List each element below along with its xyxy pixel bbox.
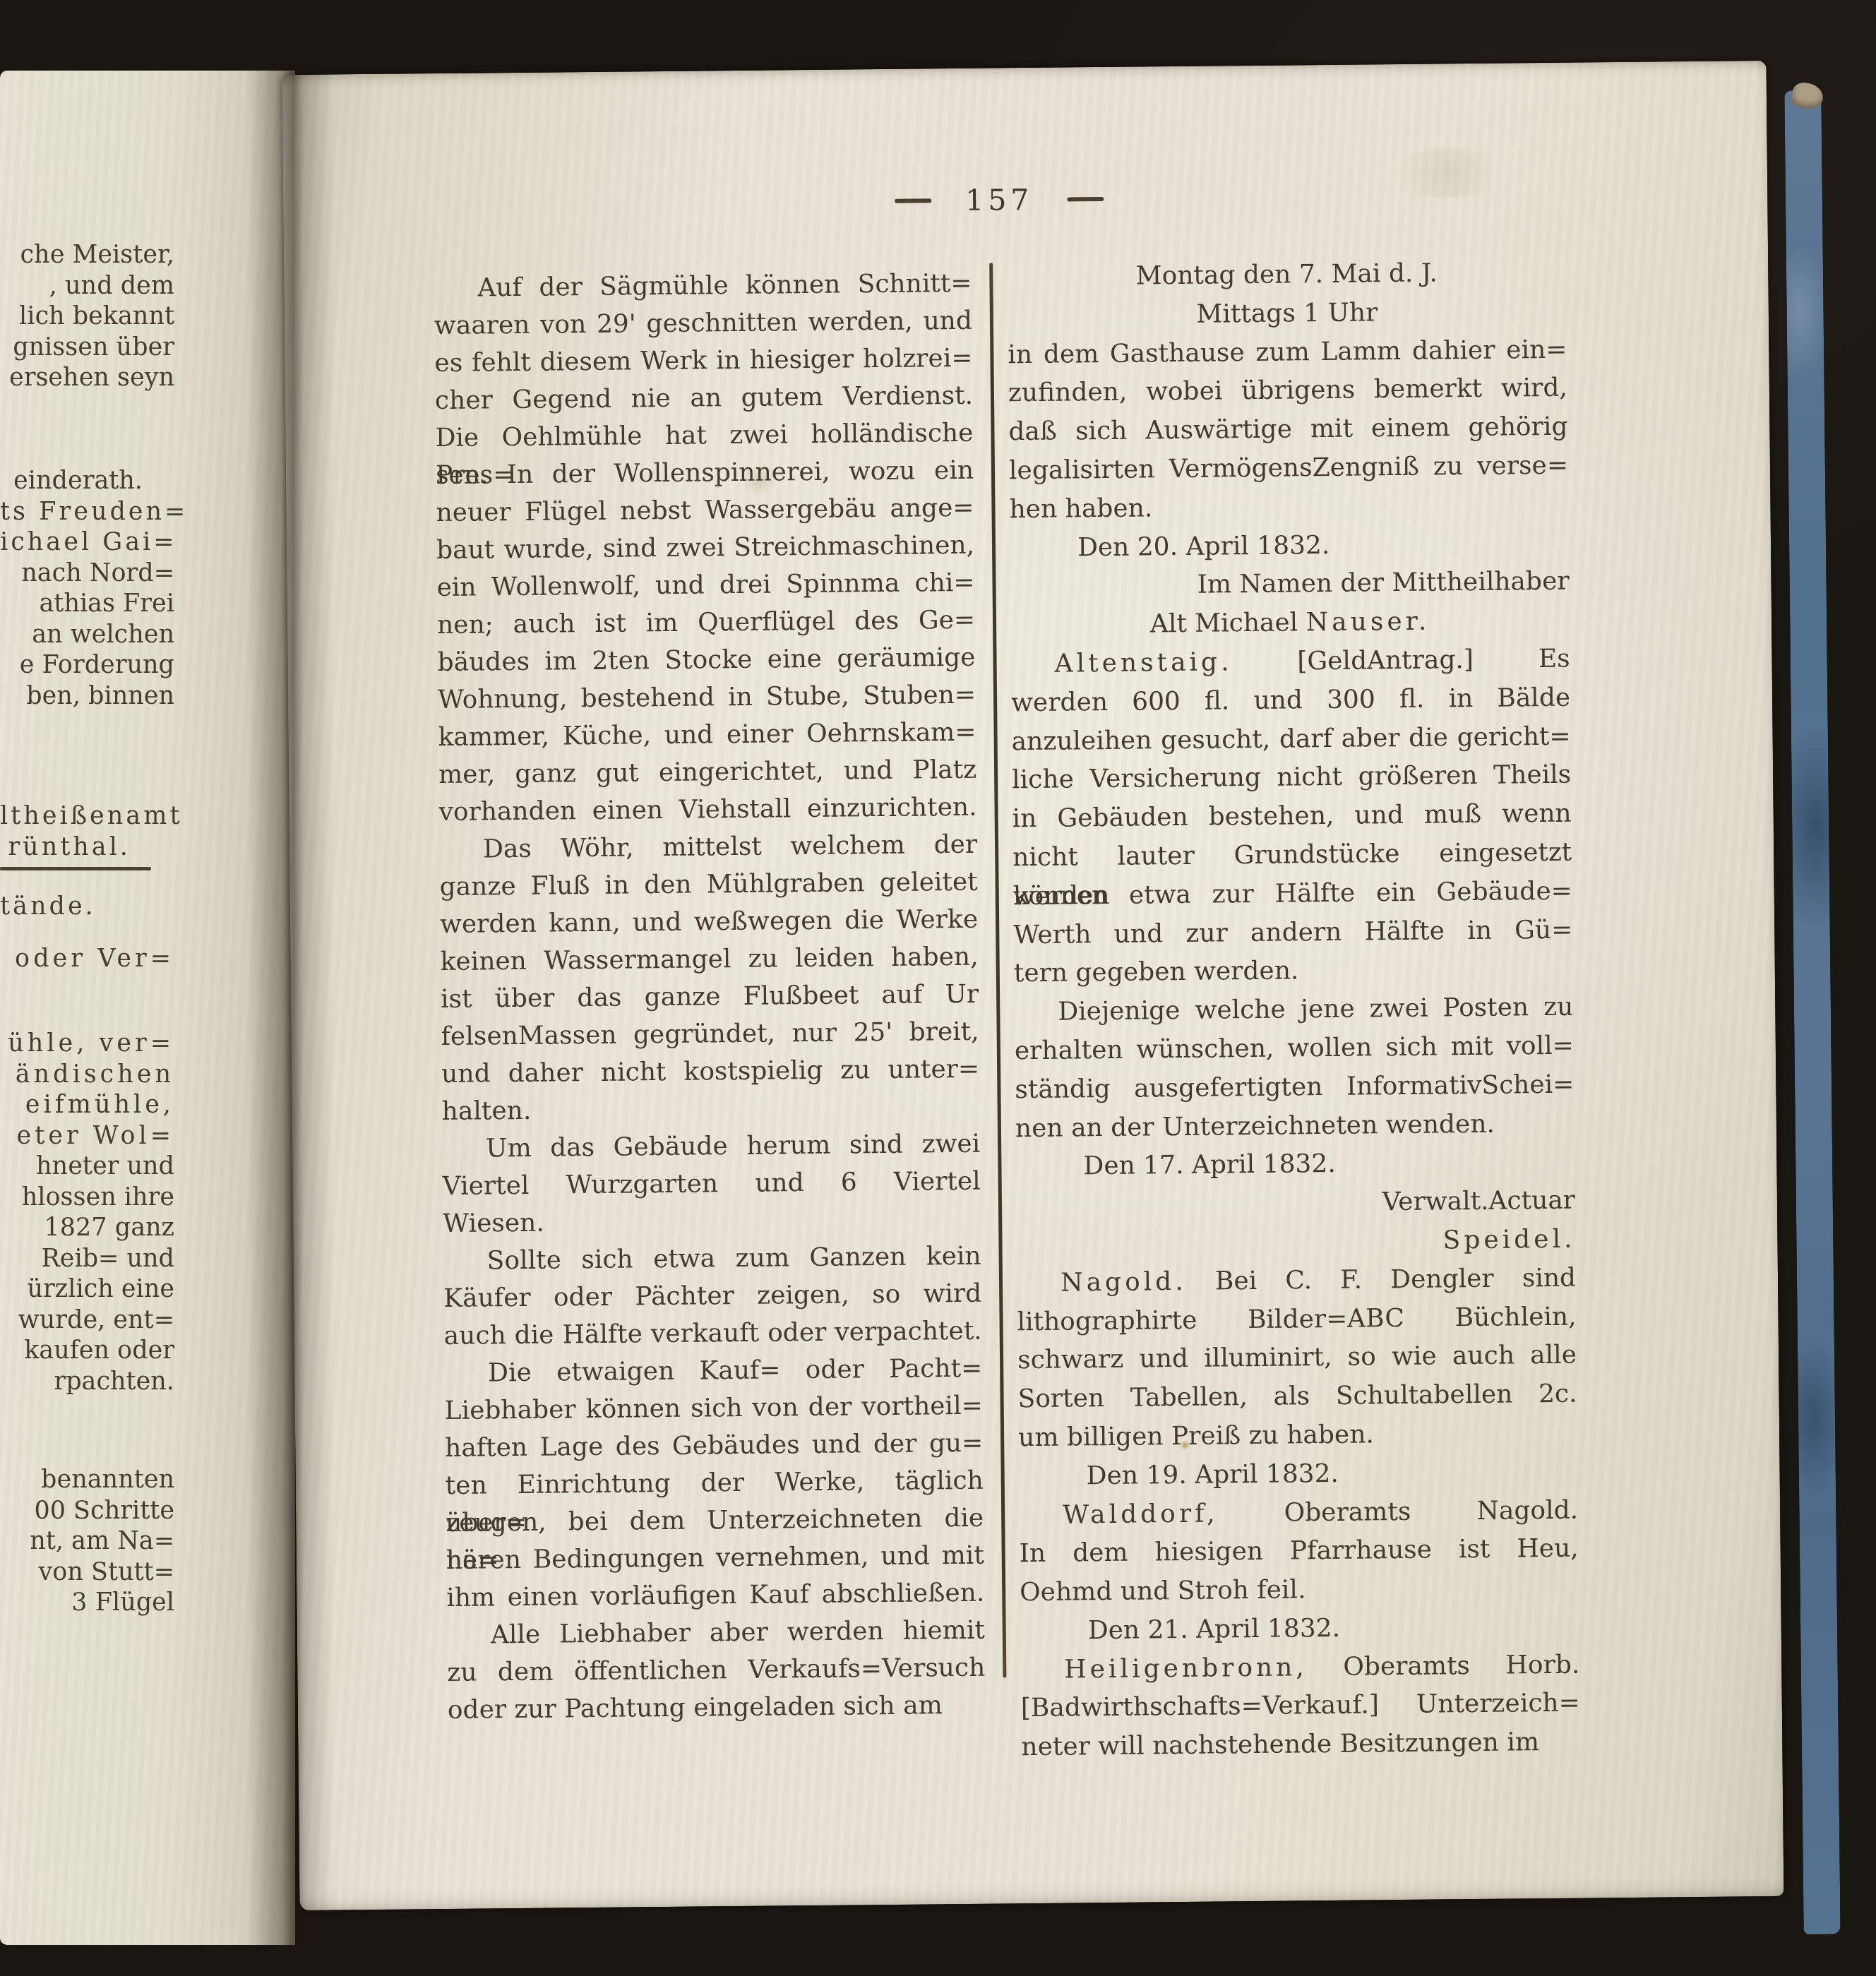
text-line: nach Nord=: [0, 558, 174, 589]
text-line: 00 Schritte: [0, 1496, 174, 1527]
text-line: erhalten wünschen, wollen sich mit voll=: [1015, 1027, 1574, 1071]
text-line: oder Ver=: [0, 944, 174, 975]
fragment-group: ltheißenamt rünthal.: [0, 801, 174, 863]
text-run: Alt Michael: [1150, 608, 1306, 638]
text-line: , und dem: [0, 271, 174, 302]
text-line: keinen Wassermangel zu leiden haben,: [440, 938, 978, 981]
text-line: vorhanden einen Viehstall einzurichten.: [438, 789, 976, 831]
text-line: Reib= und: [0, 1244, 174, 1275]
text-line: und daher nicht kostspielig zu unter=: [441, 1050, 979, 1093]
text-line: lich bekannt: [0, 301, 174, 333]
text-line: anzuleihen gesucht, darf aber die gerich…: [1011, 717, 1570, 761]
text-line: gnissen über: [0, 333, 174, 364]
text-line: neuer Flügel nebst Wassergebäu ange=: [436, 489, 974, 532]
text-line: ürzlich eine: [0, 1274, 174, 1305]
text-line: ersehen seyn: [0, 363, 174, 394]
text-line: Um das Gebäude herum sind zwei: [442, 1125, 980, 1168]
header-dash-right: [1067, 197, 1104, 201]
text-line: es fehlt diesem Werk in hiesiger holzrei…: [434, 340, 972, 382]
text-line: ganze Fluß in den Mühlgraben geleitet: [439, 863, 977, 906]
text-line: Diejenige welche jene zwei Posten zu: [1014, 988, 1573, 1032]
text-line: Oehmd und Stroh feil.: [1020, 1569, 1579, 1612]
text-line: Sorten Tabellen, als Schultabellen 2c.: [1017, 1375, 1577, 1419]
signature-line: Alt Michael Nauser.: [1010, 601, 1570, 645]
text-line: ühle, ver=: [0, 1029, 174, 1060]
text-line: ist über das ganze Flußbeet auf Ur: [441, 976, 979, 1018]
text-line: oder zur Pachtung eingeladen sich am: [448, 1687, 986, 1729]
text-line: hen haben.: [1009, 485, 1568, 529]
text-line: nen; auch ist im Querflügel des Ge=: [437, 601, 975, 644]
text-line: kaufen oder: [0, 1336, 174, 1367]
fragment-group: einderath. ts Freuden= ichael Gai= nach …: [0, 466, 174, 712]
main-page: 157 Auf der Sägmühle können Schnitt= waa…: [282, 61, 1784, 1910]
fragment-group: oder Ver=: [0, 944, 174, 975]
text-line: Alle Liebhaber aber werden hiemit: [447, 1612, 985, 1654]
text-line: nen an der Unterzeichneten wenden.: [1015, 1104, 1575, 1148]
signature-line: Speidel.: [1016, 1221, 1575, 1264]
text-line: zufinden, wobei übrigens bemerkt wird,: [1008, 369, 1567, 413]
text-line: in dem Gasthause zum Lamm dahier ein=: [1008, 330, 1567, 374]
text-line: lithographirte Bilder=ABC Büchlein,: [1017, 1298, 1576, 1341]
text-line: zeugen, bei dem Unterzeichneten die nä=: [446, 1499, 984, 1542]
text-line: felsenMassen gegründet, nur 25' breit,: [441, 1013, 979, 1055]
text-line: Viertel Wurzgarten und 6 Viertel: [442, 1163, 980, 1205]
text-line: ben, binnen: [0, 681, 174, 712]
text-line: Wohnung, bestehend in Stube, Stuben=: [438, 676, 976, 719]
date-line: Den 17. April 1832.: [1015, 1143, 1575, 1187]
text-line: tern gegeben werden.: [1014, 950, 1573, 993]
text-line: Wiesen.: [443, 1200, 981, 1243]
text-line: Die etwaigen Kauf= oder Pacht=: [444, 1350, 982, 1392]
text-line: Auf der Sägmühle können Schnitt=: [434, 265, 972, 307]
fragment-group: benannten 00 Schritte nt, am Na= von Stu…: [0, 1465, 174, 1619]
text-line: Das Wöhr, mittelst welchem der: [439, 826, 977, 868]
text-line: ts Freuden=: [0, 497, 174, 528]
text-line: nt, am Na=: [0, 1526, 174, 1557]
text-run: Oberamts Horb.: [1308, 1650, 1580, 1682]
date-line: Den 21. April 1832.: [1020, 1607, 1579, 1651]
fragment-group: che Meister, , und dem lich bekannt gnis…: [0, 240, 174, 394]
text-line: ten Einrichtung der Werke, täglich über=: [446, 1462, 984, 1504]
text-line: schwarz und illuminirt, so wie auch alle: [1017, 1336, 1577, 1380]
date-line: Den 20. April 1832.: [1010, 524, 1569, 568]
text-line: Werth und zur andern Hälfte in Gü=: [1013, 911, 1572, 954]
text-line: benannten: [0, 1465, 174, 1496]
text-line: ändischen: [0, 1060, 174, 1091]
text-line: hlossen ihre: [0, 1182, 174, 1214]
text-line: Walddorf, Oberamts Nagold.: [1019, 1491, 1578, 1535]
text-line: Montag den 7. Mai d. J.: [1007, 253, 1566, 297]
text-line: sen. In der Wollenspinnerei, wozu ein: [436, 452, 974, 494]
section-divider-rule: [0, 867, 151, 870]
page-header: 157: [433, 177, 1565, 223]
text-line: Altenstaig. [GeldAntrag.] Es: [1010, 640, 1570, 684]
text-line: 3 Flügel: [0, 1588, 174, 1619]
page-number: 157: [965, 183, 1034, 217]
text-line: um billigen Preiß zu haben.: [1018, 1414, 1577, 1458]
text-line: liche Versicherung nicht größeren Theils: [1012, 756, 1571, 800]
text-run: [GeldAntrag.] Es: [1232, 645, 1570, 677]
text-line: halten.: [441, 1088, 979, 1130]
header-dash-left: [895, 198, 931, 203]
text-line: bäudes im 2ten Stocke eine geräumige: [437, 639, 975, 681]
text-line: Heiligenbronn, Oberamts Horb.: [1020, 1646, 1579, 1689]
text-line: heren Bedingungen vernehmen, und mit: [446, 1537, 984, 1579]
text-line: [Badwirthschafts=Verkauf.] Unterzeich=: [1021, 1684, 1580, 1728]
text-line: werden kann, und weßwegen die Werke: [440, 901, 978, 943]
right-column: Montag den 7. Mai d. J. Mittags 1 Uhr in…: [1007, 253, 1580, 1768]
signature-line: Verwalt.Actuar: [1016, 1182, 1575, 1226]
text-line: mer, ganz gut eingerichtet, und Platz: [438, 751, 976, 794]
text-line: an welchen: [0, 620, 174, 651]
column-divider: [989, 263, 1006, 1677]
text-line: rünthal.: [0, 832, 174, 863]
text-run: Bei C. F. Dengler sind: [1187, 1263, 1577, 1295]
text-line: nicht lauter Grundstücke eingesetzt werd…: [1012, 834, 1572, 878]
text-line: von Stutt=: [0, 1557, 174, 1588]
text-line: tände.: [0, 892, 174, 923]
text-run-spaced: Altenstaig.: [1054, 647, 1232, 678]
text-line: können etwa zur Hälfte ein Gebäude=: [1013, 872, 1572, 916]
text-line: daß sich Auswärtige mit einem gehörig: [1008, 408, 1567, 452]
text-line: e Forderung: [0, 650, 174, 681]
text-run-spaced: Nagold.: [1061, 1267, 1187, 1298]
text-line: baut wurde, sind zwei Streichmaschinen,: [436, 527, 974, 569]
text-line: legalisirten VermögensZengniß zu verse=: [1009, 447, 1568, 491]
text-line: haften Lage des Gebäudes und der gu=: [445, 1425, 983, 1467]
text-line: ständig ausgefertigten InformativSchei=: [1015, 1065, 1574, 1109]
text-run-spaced: Heiligenbronn,: [1064, 1653, 1308, 1684]
fragment-group: tände.: [0, 892, 174, 923]
text-line: werden 600 fl. und 300 fl. in Bälde: [1011, 678, 1570, 722]
text-line: zu dem öffentlichen Verkaufs=Versuch: [447, 1649, 985, 1691]
text-line: rpachten.: [0, 1367, 174, 1398]
fragment-group: ühle, ver= ändischen eifmühle, eter Wol=…: [0, 1029, 174, 1397]
book-scan: che Meister, , und dem lich bekannt gnis…: [0, 0, 1876, 1976]
text-line: Die Oehlmühle hat zwei holländische Pres…: [435, 414, 973, 457]
text-line: Sollte sich etwa zum Ganzen kein: [443, 1238, 981, 1280]
text-line: Im Namen der Mittheilhaber: [1010, 563, 1569, 606]
text-line: auch die Hälfte verkauft oder verpachtet…: [443, 1312, 981, 1355]
text-line: ihm einen vorläufigen Kauf abschließen.: [446, 1574, 984, 1617]
text-line: hneter und: [0, 1151, 174, 1182]
left-column: Auf der Sägmühle können Schnitt= waaren …: [434, 265, 986, 1729]
date-line: Den 19. April 1832.: [1018, 1452, 1577, 1496]
text-line: 1827 ganz: [0, 1213, 174, 1244]
text-line: in Gebäuden bestehen, und muß wenn: [1012, 795, 1571, 839]
text-line: einderath.: [0, 466, 174, 497]
text-line: In dem hiesigen Pfarrhause ist Heu,: [1019, 1530, 1578, 1574]
text-line: Käufer oder Pächter zeigen, so wird: [443, 1275, 981, 1317]
text-line: athias Frei: [0, 589, 174, 620]
text-line: Liebhaber können sich von der vortheil=: [444, 1387, 982, 1430]
text-line: kammer, Küche, und einer Oehrnskam=: [438, 714, 976, 756]
text-line: ein Wollenwolf, und drei Spinnma chi=: [436, 564, 974, 606]
text-line: Mittags 1 Uhr: [1008, 292, 1567, 335]
text-line: che Meister,: [0, 240, 174, 271]
left-page-fragment: che Meister, , und dem lich bekannt gnis…: [0, 71, 295, 1945]
text-line: waaren von 29' geschnitten werden, und: [434, 302, 972, 345]
text-line: cher Gegend nie an gutem Verdienst.: [435, 377, 973, 419]
text-run-spaced: Nauser.: [1306, 607, 1430, 637]
text-run-spaced: Walddorf,: [1063, 1499, 1219, 1529]
text-line: ichael Gai=: [0, 527, 174, 558]
text-line: wurde, ent=: [0, 1305, 174, 1336]
text-line: Nagold. Bei C. F. Dengler sind: [1017, 1259, 1576, 1303]
text-line: eifmühle,: [0, 1090, 174, 1121]
text-line: eter Wol=: [0, 1121, 174, 1152]
text-line: neter will nachstehende Besitzungen im: [1021, 1723, 1580, 1767]
text-line: ltheißenamt: [0, 801, 174, 832]
text-run: Oberamts Nagold.: [1218, 1495, 1578, 1528]
